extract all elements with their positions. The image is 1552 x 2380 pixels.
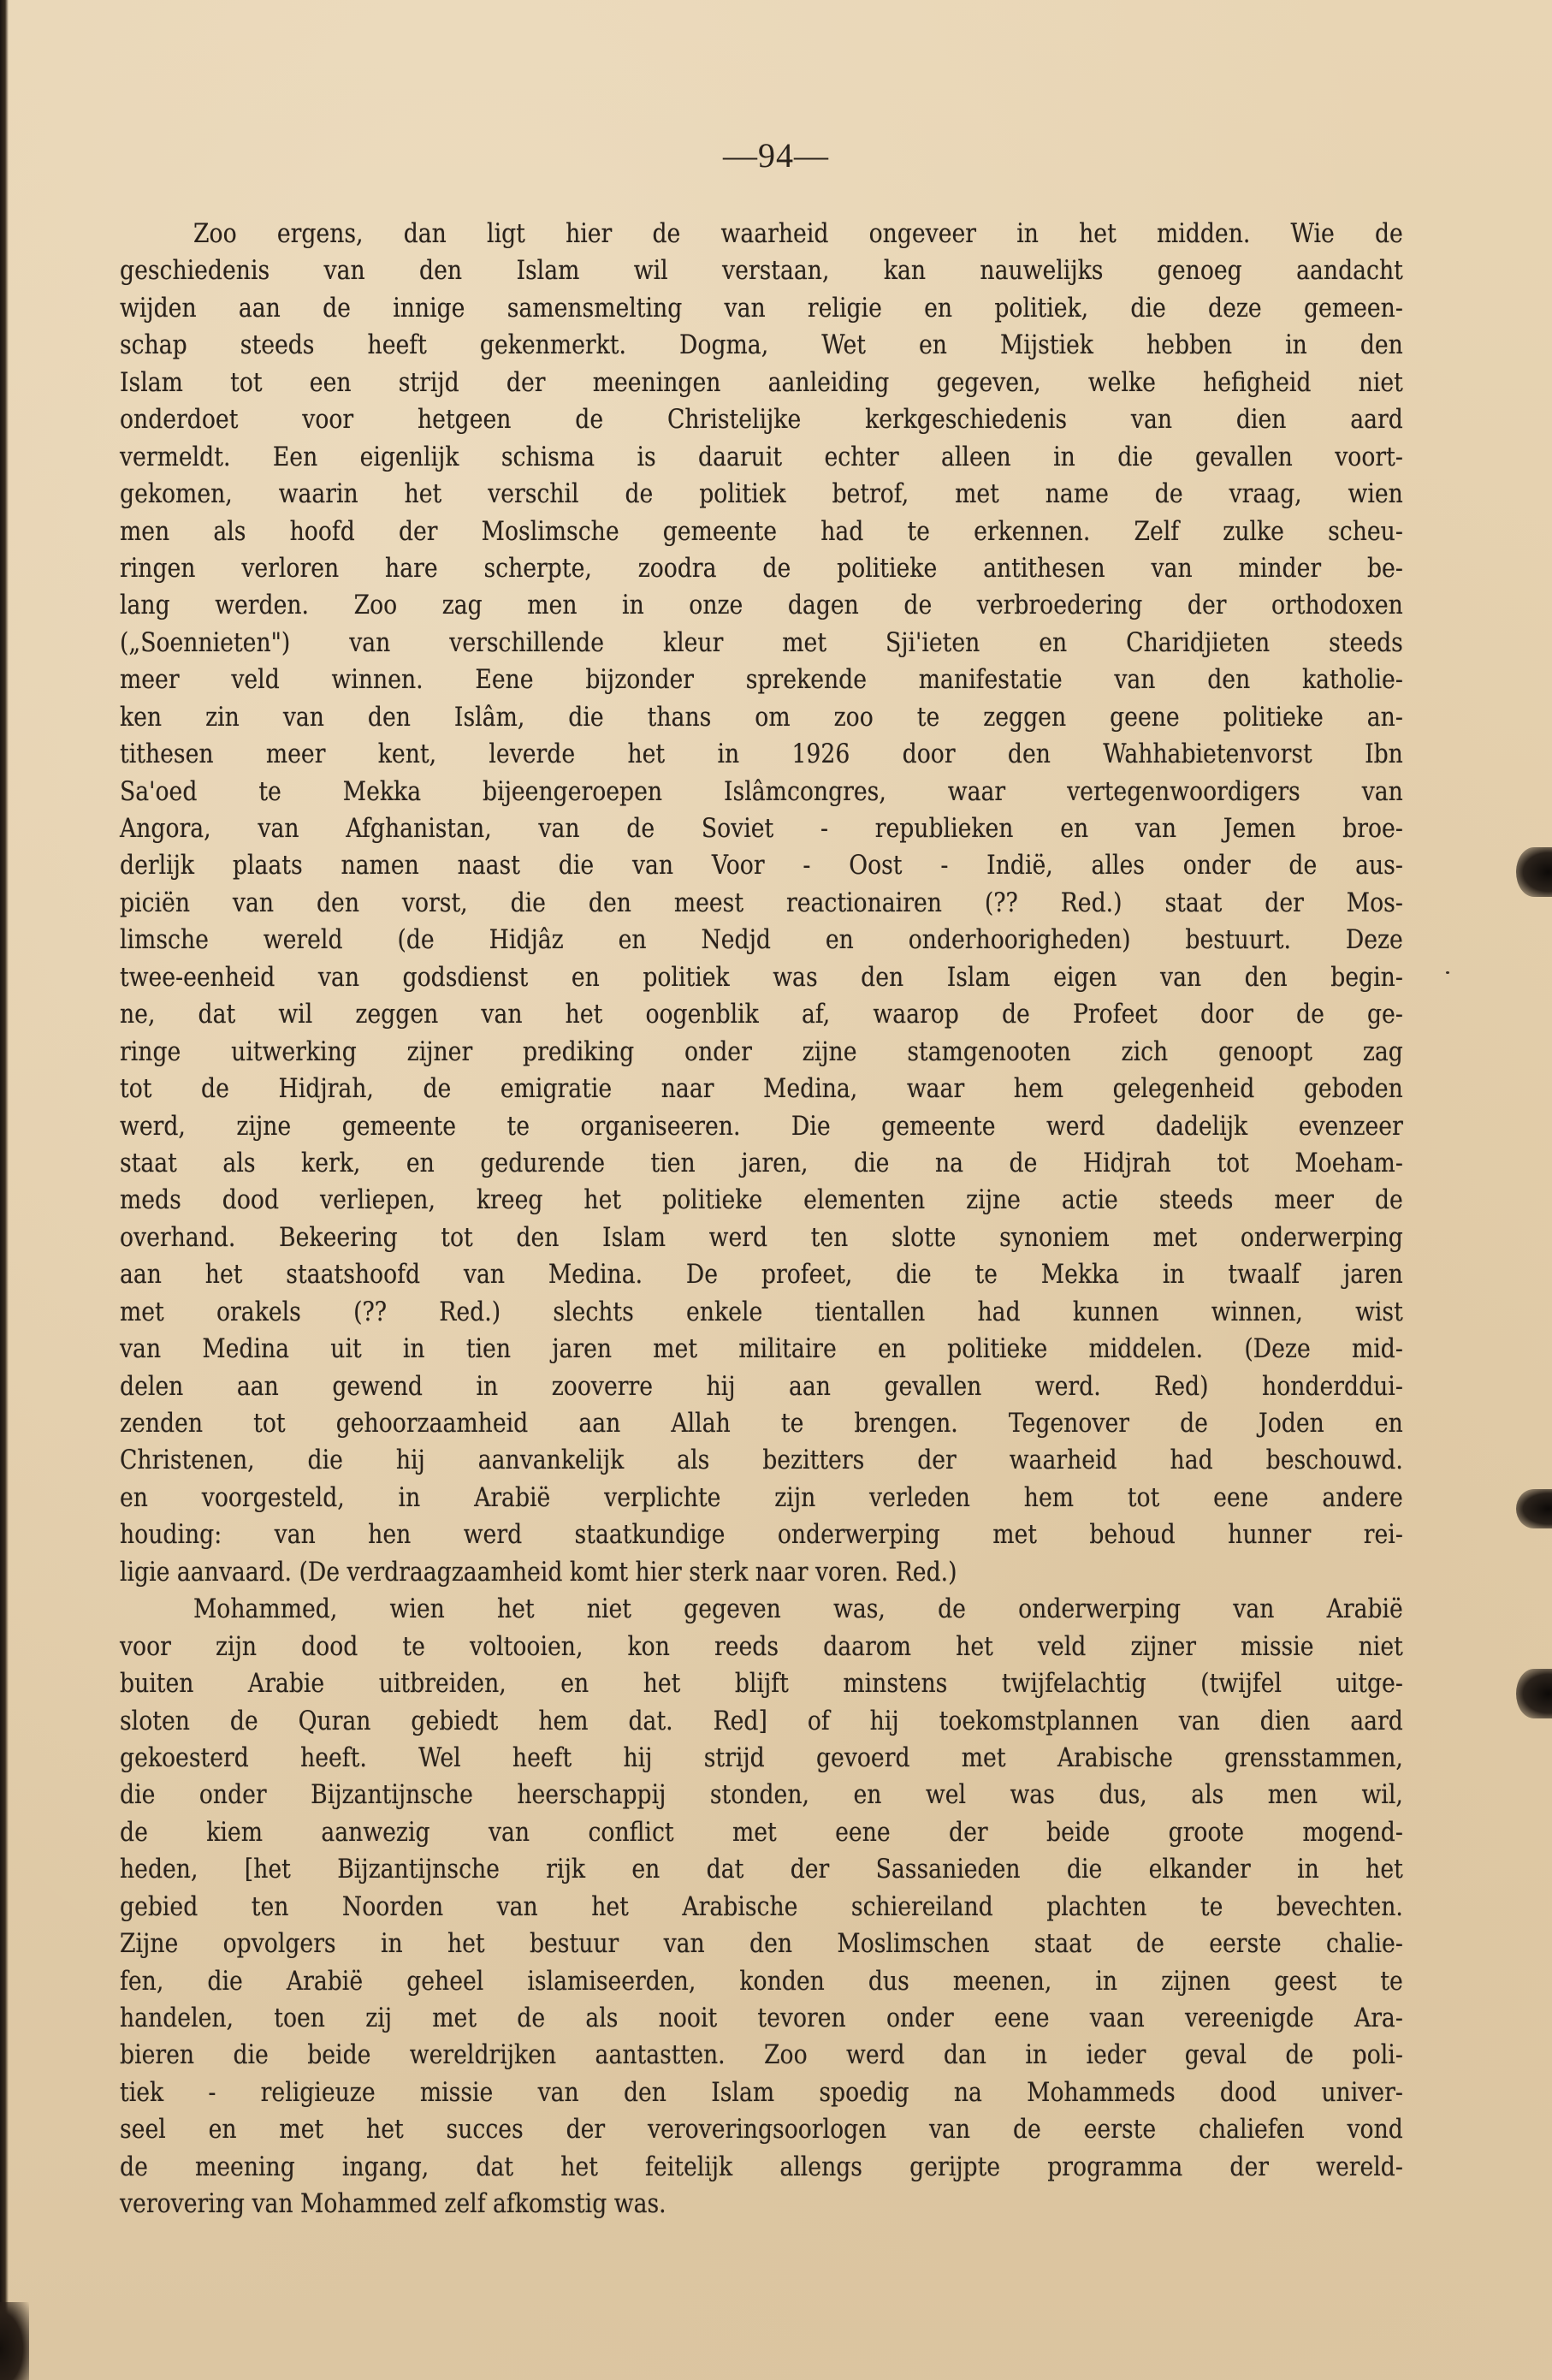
- text-line: die onder Bijzantijnsche heerschappij st…: [120, 1777, 1403, 1813]
- text-line: Angora, van Afghanistan, van de Soviet -…: [120, 810, 1403, 847]
- text-line: meds dood verliepen, kreeg het politieke…: [120, 1182, 1403, 1219]
- page-corner-shadow: [0, 2302, 29, 2380]
- text-line: seel en met het succes der veroveringsoo…: [120, 2111, 1403, 2148]
- text-line: Christenen, die hij aanvankelijk als bez…: [120, 1442, 1403, 1479]
- text-line: Islam tot een strijd der meeningen aanle…: [120, 365, 1403, 401]
- text-line: aan het staatshoofd van Medina. De profe…: [120, 1256, 1403, 1293]
- text-line: zenden tot gehoorzaamheid aan Allah te b…: [120, 1405, 1403, 1442]
- text-line: Zoo ergens, dan ligt hier de waarheid on…: [120, 216, 1403, 252]
- text-line: Sa'oed te Mekka bijeengeroepen Islâmcong…: [120, 774, 1403, 810]
- text-line: voor zijn dood te voltooien, kon reeds d…: [120, 1629, 1403, 1665]
- text-line: handelen, toen zij met de als nooit tevo…: [120, 2000, 1403, 2037]
- text-line: limsche wereld (de Hidjâz en Nedjd en on…: [120, 922, 1403, 959]
- text-line: Zijne opvolgers in het bestuur van den M…: [120, 1926, 1403, 1962]
- body-text: Zoo ergens, dan ligt hier de waarheid on…: [120, 216, 1403, 2223]
- page-binding-edge: [0, 0, 9, 2380]
- page-number: —94—: [0, 135, 1552, 175]
- text-line: met orakels (?? Red.) slechts enkele tie…: [120, 1294, 1403, 1331]
- punch-hole: [1516, 1669, 1552, 1718]
- text-line: lang werden. Zoo zag men in onze dagen d…: [120, 587, 1403, 624]
- text-line: onderdoet voor hetgeen de Christelijke k…: [120, 401, 1403, 438]
- text-line: men als hoofd der Moslimsche gemeente ha…: [120, 513, 1403, 550]
- text-line: ligie aanvaard. (De verdraagzaamheid kom…: [120, 1554, 1403, 1591]
- text-line: gebied ten Noorden van het Arabische sch…: [120, 1889, 1403, 1926]
- text-line: delen aan gewend in zooverre hij aan gev…: [120, 1368, 1403, 1405]
- text-line: de meening ingang, dat het feitelijk all…: [120, 2149, 1403, 2186]
- text-line: ne, dat wil zeggen van het oogenblik af,…: [120, 996, 1403, 1033]
- text-line: vermeldt. Een eigenlijk schisma is daaru…: [120, 439, 1403, 476]
- text-line: piciën van den vorst, die den meest reac…: [120, 885, 1403, 922]
- text-line: ken zin van den Islâm, die thans om zoo …: [120, 699, 1403, 736]
- text-line: derlijk plaats namen naast die van Voor …: [120, 847, 1403, 884]
- text-line: staat als kerk, en gedurende tien jaren,…: [120, 1145, 1403, 1182]
- text-line: tot de Hidjrah, de emigratie naar Medina…: [120, 1071, 1403, 1107]
- text-line: gekoesterd heeft. Wel heeft hij strijd g…: [120, 1740, 1403, 1777]
- text-line: de kiem aanwezig van conflict met eene d…: [120, 1814, 1403, 1851]
- text-line: heden, [het Bijzantijnsche rijk en dat d…: [120, 1851, 1403, 1888]
- text-line: overhand. Bekeering tot den Islam werd t…: [120, 1220, 1403, 1256]
- text-line: („Soennieten") van verschillende kleur m…: [120, 625, 1403, 662]
- text-line: bieren die beide wereldrijken aantastten…: [120, 2037, 1403, 2074]
- punch-hole: [1516, 1489, 1552, 1528]
- text-line: wijden aan de innige samensmelting van r…: [120, 290, 1403, 327]
- text-line: van Medina uit in tien jaren met militai…: [120, 1331, 1403, 1368]
- text-line: buiten Arabie uitbreiden, en het blijft …: [120, 1665, 1403, 1702]
- text-line: tiek - religieuze missie van den Islam s…: [120, 2074, 1403, 2111]
- text-line: geschiedenis van den Islam wil verstaan,…: [120, 252, 1403, 289]
- text-line: houding: van hen werd staatkundige onder…: [120, 1516, 1403, 1553]
- text-line: schap steeds heeft gekenmerkt. Dogma, We…: [120, 327, 1403, 364]
- text-line: ringen verloren hare scherpte, zoodra de…: [120, 550, 1403, 587]
- text-line: Mohammed, wien het niet gegeven was, de …: [120, 1591, 1403, 1628]
- text-line: twee-eenheid van godsdienst en politiek …: [120, 959, 1403, 996]
- text-line: en voorgesteld, in Arabië verplichte zij…: [120, 1480, 1403, 1516]
- paper-speck: [1446, 971, 1449, 974]
- punch-hole: [1516, 847, 1552, 897]
- text-line: fen, die Arabië geheel islamiseerden, ko…: [120, 1963, 1403, 2000]
- text-line: verovering van Mohammed zelf afkomstig w…: [120, 2186, 1403, 2223]
- text-line: sloten de Quran gebiedt hem dat. Red] of…: [120, 1703, 1403, 1740]
- text-line: werd, zijne gemeente te organiseeren. Di…: [120, 1108, 1403, 1145]
- text-line: gekomen, waarin het verschil de politiek…: [120, 476, 1403, 513]
- text-line: meer veld winnen. Eene bijzonder spreken…: [120, 662, 1403, 698]
- text-line: ringe uitwerking zijner prediking onder …: [120, 1034, 1403, 1071]
- text-line: tithesen meer kent, leverde het in 1926 …: [120, 736, 1403, 773]
